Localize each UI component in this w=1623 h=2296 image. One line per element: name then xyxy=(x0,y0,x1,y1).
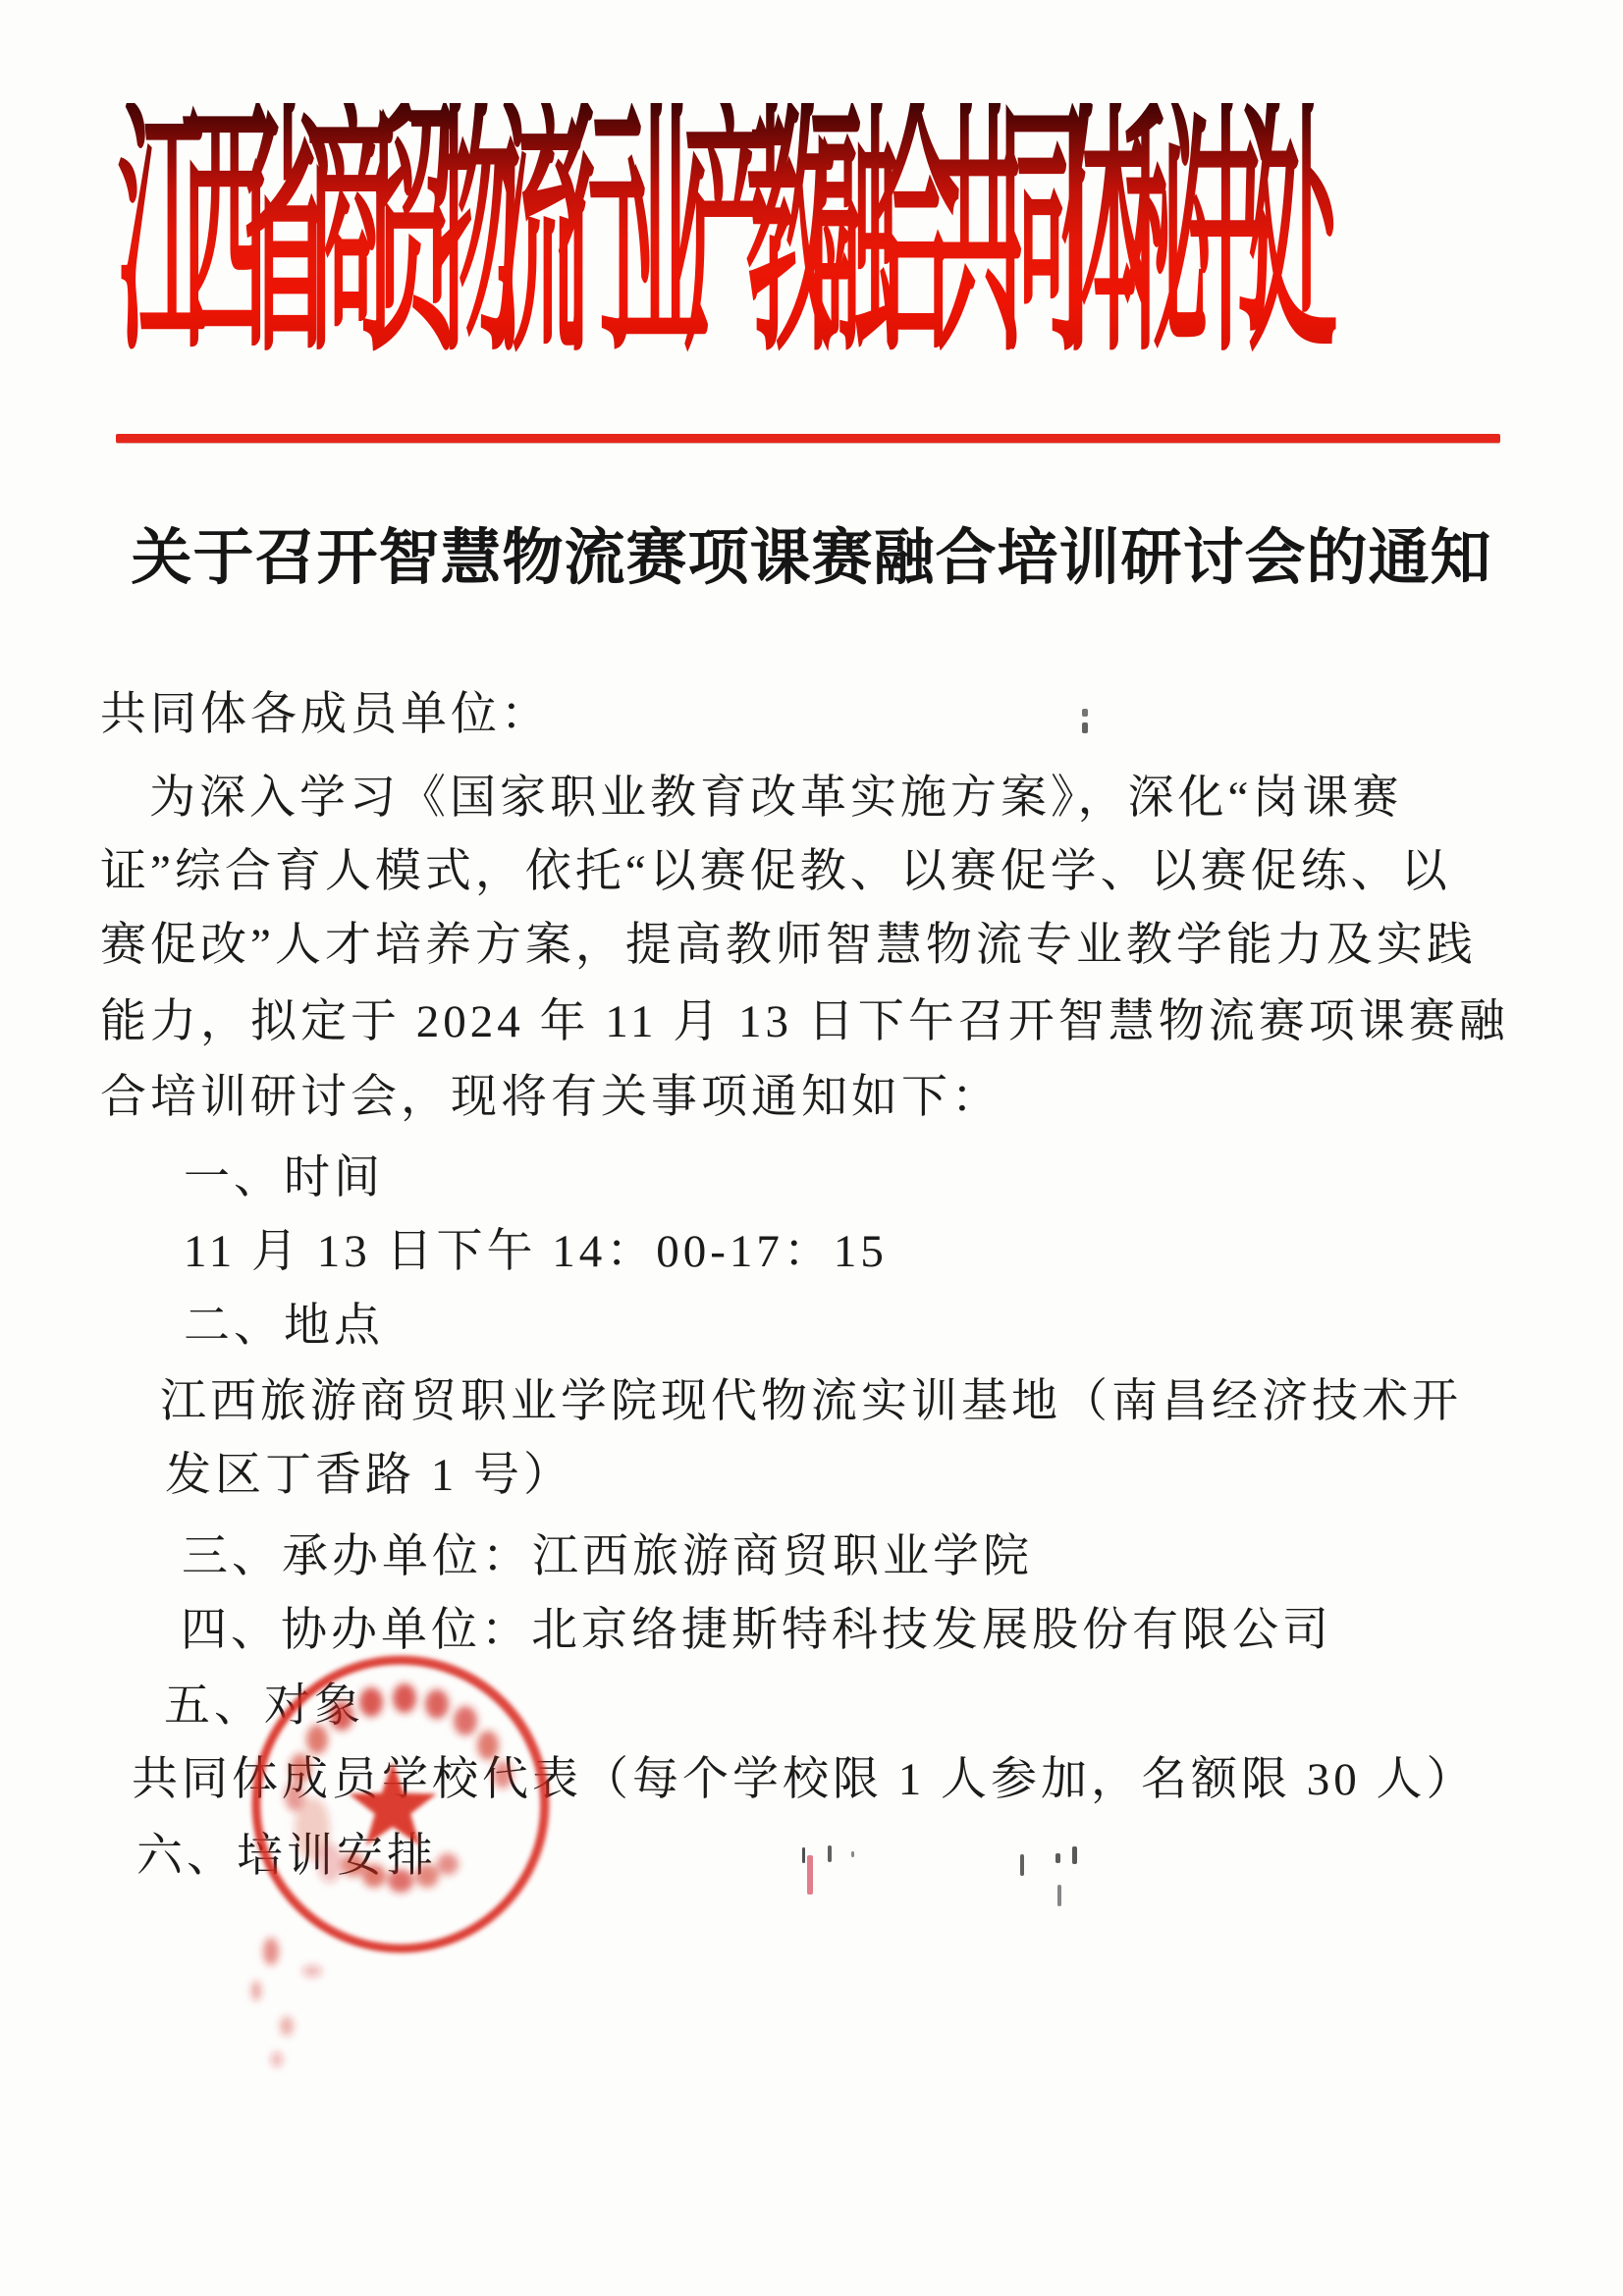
paragraph-line: 赛促改”人才培养方案，提高教师智慧物流专业教学能力及实践 xyxy=(100,921,1477,971)
scan-artifact xyxy=(1055,1853,1060,1863)
paragraph-line: 合培训研讨会，现将有关事项通知如下： xyxy=(100,1073,1001,1123)
scan-artifact xyxy=(851,1851,854,1857)
scan-artifact xyxy=(1082,709,1088,717)
list-item-place-value: 发区丁香路 1 号） xyxy=(165,1451,573,1501)
salutation-line: 共同体各成员单位： xyxy=(100,690,551,740)
list-item-co-organizer: 四、协办单位：北京络捷斯特科技发展股份有限公司 xyxy=(181,1606,1332,1656)
scanned-notice-page: 江西省商贸物流行业产教融合共同体秘书处 关于召开智慧物流赛项课赛融合培训研讨会的… xyxy=(0,0,1623,2296)
red-divider-line xyxy=(116,434,1500,443)
scan-artifact xyxy=(802,1847,805,1863)
scan-artifact xyxy=(1020,1854,1024,1876)
scan-artifact xyxy=(1072,1846,1077,1864)
list-item-audience-value: 共同体成员学校代表（每个学校限 1 人参加，名额限 30 人） xyxy=(132,1755,1477,1805)
list-item-organizer: 三、承办单位：江西旅游商贸职业学院 xyxy=(182,1532,1033,1582)
list-item-place-value: 江西旅游商贸职业学院现代物流实训基地（南昌经济技术开 xyxy=(160,1377,1462,1427)
list-item-place-heading: 二、地点 xyxy=(184,1302,384,1352)
paragraph-line: 为深入学习《国家职业教育改革实施方案》，深化“岗课赛 xyxy=(149,774,1402,824)
paragraph-line: 证”综合育人模式，依托“以赛促教、以赛促学、以赛促练、以 xyxy=(100,847,1451,897)
scan-artifact xyxy=(1057,1885,1061,1906)
list-item-schedule-heading: 六、培训安排 xyxy=(136,1832,437,1882)
list-item-time-heading: 一、时间 xyxy=(184,1153,384,1203)
list-item-audience-heading: 五、对象 xyxy=(164,1682,364,1732)
paragraph-line: 能力，拟定于 2024 年 11 月 13 日下午召开智慧物流赛项课赛融 xyxy=(100,997,1509,1047)
list-item-time-value: 11 月 13 日下午 14：00-17：15 xyxy=(184,1227,888,1277)
scan-artifact xyxy=(807,1855,813,1895)
scan-artifact xyxy=(828,1845,832,1862)
notice-title: 关于召开智慧物流赛项课赛融合培训研讨会的通知 xyxy=(0,508,1623,596)
letterhead-title: 江西省商贸物流行业产教融合共同体秘书处 xyxy=(118,103,1394,373)
scan-artifact xyxy=(1082,722,1088,733)
